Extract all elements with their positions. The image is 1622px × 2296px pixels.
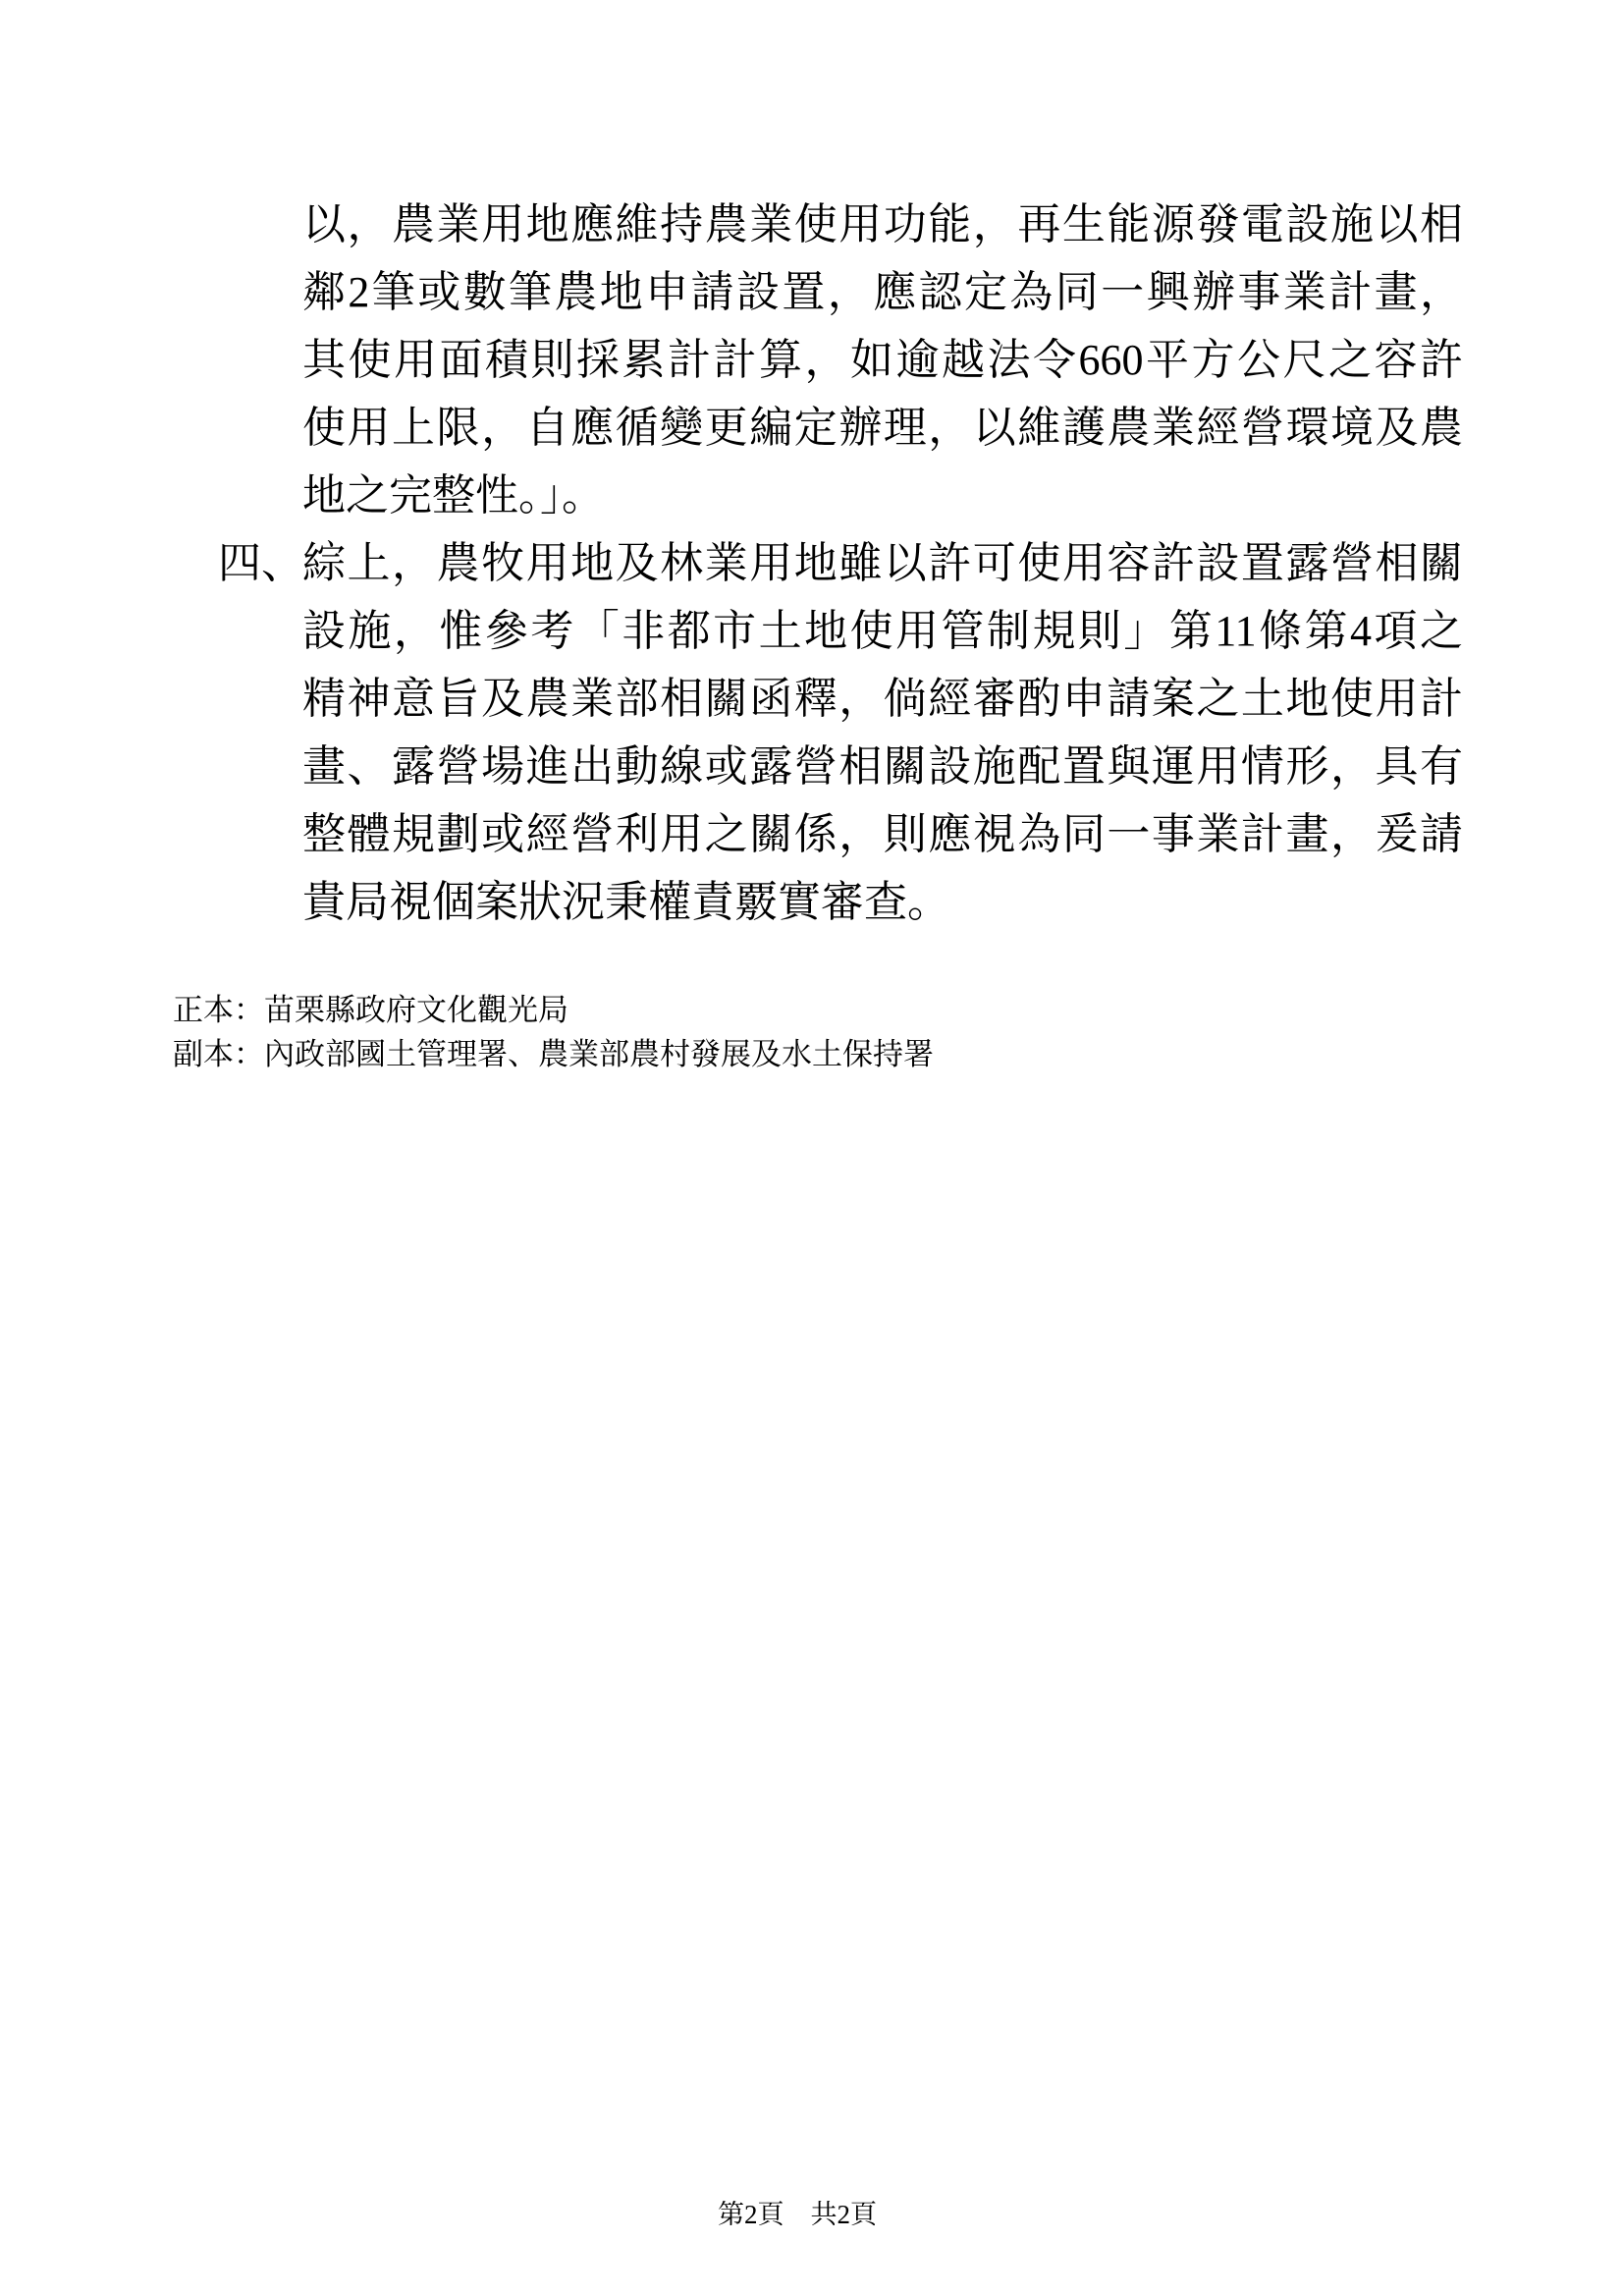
body-line: 地之完整性。」。 (218, 462, 1463, 529)
copy-recipient-line: 副本：內政部國土管理署、農業部農村發展及水土保持署 (173, 1032, 934, 1076)
document-body: 以，農業用地應維持農業使用功能，再生能源發電設施以相 鄰2筆或數筆農地申請設置，… (218, 191, 1463, 936)
recipients-block: 正本：苗栗縣政府文化觀光局 副本：內政部國土管理署、農業部農村發展及水土保持署 (173, 988, 934, 1076)
body-line-text: 綜上，農牧用地及林業用地雖以許可使用容許設置露營相關 (302, 529, 1463, 597)
page-number-footer: 第2頁 共2頁 (0, 2200, 1608, 2229)
body-line: 畫、露營場進出動線或露營相關設施配置與運用情形，具有 (218, 733, 1463, 800)
body-line: 貴局視個案狀況秉權責覈實審查。 (218, 868, 1463, 936)
original-recipient-line: 正本：苗栗縣政府文化觀光局 (173, 988, 934, 1032)
document-page: 以，農業用地應維持農業使用功能，再生能源發電設施以相 鄰2筆或數筆農地申請設置，… (0, 0, 1622, 2296)
body-line: 精神意旨及農業部相關函釋，倘經審酌申請案之土地使用計 (218, 665, 1463, 733)
body-line: 四、 綜上，農牧用地及林業用地雖以許可使用容許設置露營相關 (218, 529, 1463, 597)
body-line: 鄰2筆或數筆農地申請設置，應認定為同一興辦事業計畫， (218, 258, 1463, 326)
body-line: 使用上限，自應循變更編定辦理，以維護農業經營環境及農 (218, 394, 1463, 462)
body-line: 整體規劃或經營利用之關係，則應視為同一事業計畫，爰請 (218, 800, 1463, 868)
body-line: 以，農業用地應維持農業使用功能，再生能源發電設施以相 (218, 191, 1463, 258)
body-line: 設施，惟參考「非都市土地使用管制規則」第11條第4項之 (218, 597, 1463, 665)
body-line: 其使用面積則採累計計算，如逾越法令660平方公尺之容許 (218, 326, 1463, 394)
item-number-label: 四、 (218, 529, 302, 597)
